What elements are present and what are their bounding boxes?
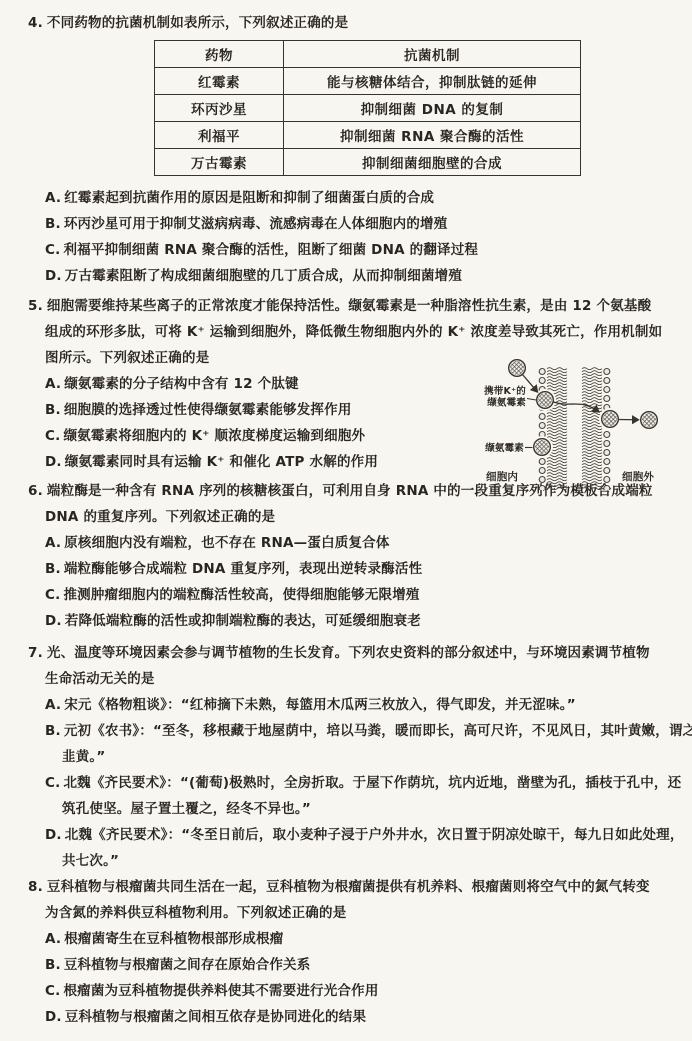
question-stem: 细胞需要维持某些离子的正常浓度才能保持活性。缬氨霉素是一种脂溶性抗生素，是由 1…	[47, 298, 651, 314]
cell-outside-label: 细胞外	[622, 470, 654, 483]
option-label: A.	[45, 376, 61, 392]
option-label: C.	[45, 775, 60, 791]
table-cell-mechanism: 能与核糖体结合，抑制肽链的延伸	[284, 68, 581, 95]
option-line: B.环丙沙星可用于抑制艾滋病病毒、流感病毒在人体细胞内的增殖	[28, 211, 678, 237]
valinomycin-with-k-label-line2: 缬氨霉素	[486, 397, 526, 409]
table-cell-drug: 环丙沙星	[155, 95, 284, 122]
option-label: D.	[45, 454, 62, 470]
option-text: 万古霉素阻断了构成细菌细胞壁的几丁质合成，从而抑制细菌增殖	[65, 268, 462, 284]
option-line: C.推测肿瘤细胞内的端粒酶活性较高，使得细胞能够无限增殖	[28, 582, 678, 608]
question-stem: 豆科植物与根瘤菌共同生活在一起，豆科植物为根瘤菌提供有机养料、根瘤菌则将空气中的…	[47, 879, 650, 895]
valinomycin-label: 缬氨霉素	[484, 442, 524, 454]
option-label: B.	[45, 561, 61, 577]
table-row: 万古霉素 抑制细菌细胞壁的合成	[155, 149, 581, 176]
question-stem-line: 生命活动无关的是	[28, 666, 678, 692]
question-stem-line: 组成的环形多肽，可将 K⁺ 运输到细胞外，降低微生物细胞内外的 K⁺ 浓度差导致…	[28, 319, 678, 345]
option-line: A.根瘤菌寄生在豆科植物根部形成根瘤	[28, 926, 678, 952]
question-stem-line: 4.不同药物的抗菌机制如表所示，下列叙述正确的是	[28, 10, 678, 36]
option-label: C.	[45, 242, 60, 258]
table-header-drug: 药物	[155, 41, 284, 68]
option-line: D.万古霉素阻断了构成细菌细胞壁的几丁质合成，从而抑制细菌增殖	[28, 263, 678, 289]
question-number: 8.	[28, 879, 43, 895]
question-stem-line: 8.豆科植物与根瘤菌共同生活在一起，豆科植物为根瘤菌提供有机养料、根瘤菌则将空气…	[28, 874, 678, 900]
table-cell-drug: 利福平	[155, 122, 284, 149]
option-text: 宋元《格物粗谈》：“红柿摘下未熟，每篮用木瓜两三枚放入，得气即发，并无涩味。”	[64, 697, 576, 713]
valinomycin-outside-cell	[641, 412, 658, 429]
table-row: 红霉素 能与核糖体结合，抑制肽链的延伸	[155, 68, 581, 95]
question-7: 7.光、温度等环境因素会参与调节植物的生长发育。下列农史资料的部分叙述中，与环境…	[28, 640, 678, 874]
option-label: D.	[45, 268, 62, 284]
cell-inside-label: 细胞内	[486, 470, 518, 483]
option-text: 缬氨霉素同时具有运输 K⁺ 和催化 ATP 水解的作用	[65, 454, 378, 470]
option-label: B.	[45, 957, 61, 973]
question-stem-line: 为含氮的养料供豆科植物利用。下列叙述正确的是	[28, 900, 678, 926]
option-text: 细胞膜的选择透过性使得缬氨霉素能够发挥作用	[64, 402, 352, 418]
question-stem: 不同药物的抗菌机制如表所示，下列叙述正确的是	[47, 15, 348, 31]
option-label: B.	[45, 723, 61, 739]
question-6: 6.端粒酶是一种含有 RNA 序列的核糖核蛋白，可利用自身 RNA 中的一段重复…	[28, 478, 678, 634]
valinomycin-free	[534, 439, 551, 456]
valinomycin-crossing-membrane	[602, 411, 619, 428]
table-header-row: 药物 抗菌机制	[155, 41, 581, 68]
table-row: 利福平 抑制细菌 RNA 聚合酶的活性	[155, 122, 581, 149]
option-text: 缬氨霉素的分子结构中含有 12 个肽键	[64, 376, 299, 392]
question-number: 5.	[28, 298, 43, 314]
valinomycin-transport-diagram: 携带K⁺的 缬氨霉素 缬氨霉素 细胞内 细胞外	[462, 352, 690, 494]
phospholipid-bilayer	[538, 367, 611, 490]
option-label: A.	[45, 931, 61, 947]
question-number: 6.	[28, 483, 43, 499]
table-cell-drug: 万古霉素	[155, 149, 284, 176]
option-line: A.红霉素起到抗菌作用的原因是阻断和抑制了细菌蛋白质的合成	[28, 185, 678, 211]
option-label: D.	[45, 1009, 62, 1025]
option-line: C.利福平抑制细菌 RNA 聚合酶的活性，阻断了细菌 DNA 的翻译过程	[28, 237, 678, 263]
option-line: D.若降低端粒酶的活性或抑制端粒酶的表达，可延缓细胞衰老	[28, 608, 678, 634]
option-line: C.根瘤菌为豆科植物提供养料使其不需要进行光合作用	[28, 978, 678, 1004]
option-label: A.	[45, 697, 61, 713]
antibacterial-mechanism-table: 药物 抗菌机制 红霉素 能与核糖体结合，抑制肽链的延伸 环丙沙星 抑制细菌 DN…	[154, 40, 581, 176]
valinomycin-with-k-label-line1: 携带K⁺的	[483, 385, 526, 397]
option-continuation-line: 共七次。”	[28, 848, 678, 874]
question-number: 7.	[28, 645, 43, 661]
option-text: 豆科植物与根瘤菌之间相互依存是协同进化的结果	[65, 1009, 366, 1025]
valinomycin-entering-membrane	[537, 392, 554, 409]
option-line: B.豆科植物与根瘤菌之间存在原始合作关系	[28, 952, 678, 978]
option-continuation-line: 筑孔使坚。屋子置土覆之，经冬不异也。”	[28, 796, 678, 822]
option-text: 环丙沙星可用于抑制艾滋病病毒、流感病毒在人体细胞内的增殖	[64, 216, 448, 232]
question-4: 4.不同药物的抗菌机制如表所示，下列叙述正确的是 药物 抗菌机制 红霉素 能与核…	[28, 10, 678, 289]
option-label: B.	[45, 216, 61, 232]
option-label: A.	[45, 190, 61, 206]
option-text: 红霉素起到抗菌作用的原因是阻断和抑制了细菌蛋白质的合成	[64, 190, 434, 206]
option-line: D.北魏《齐民要术》：“冬至日前后，取小麦种子浸于户外井水，次日置于阴凉处晾干，…	[28, 822, 678, 848]
question-stem-line: 7.光、温度等环境因素会参与调节植物的生长发育。下列农史资料的部分叙述中，与环境…	[28, 640, 678, 666]
option-line: C.北魏《齐民要术》：“(葡萄)极熟时，全房折取。于屋下作荫坑，坑内近地，凿壁为…	[28, 770, 678, 796]
table-cell-drug: 红霉素	[155, 68, 284, 95]
option-text: 元初《农书》：“至冬，移根藏于地屋荫中，培以马粪，暖而即长，高可尺许，不见风日，…	[64, 723, 692, 739]
option-line: A.原核细胞内没有端粒，也不存在 RNA—蛋白质复合体	[28, 530, 678, 556]
option-label: C.	[45, 428, 60, 444]
option-text: 北魏《齐民要术》：“冬至日前后，取小麦种子浸于户外井水，次日置于阴凉处晾干，每九…	[65, 827, 684, 843]
question-stem: 光、温度等环境因素会参与调节植物的生长发育。下列农史资料的部分叙述中，与环境因素…	[47, 645, 650, 661]
question-stem-line: DNA 的重复序列。下列叙述正确的是	[28, 504, 678, 530]
option-label: B.	[45, 402, 61, 418]
table-cell-mechanism: 抑制细菌细胞壁的合成	[284, 149, 581, 176]
exam-page: 4.不同药物的抗菌机制如表所示，下列叙述正确的是 药物 抗菌机制 红霉素 能与核…	[0, 0, 692, 1041]
table-header-mechanism: 抗菌机制	[284, 41, 581, 68]
option-label: A.	[45, 535, 61, 551]
option-text: 端粒酶能够合成端粒 DNA 重复序列，表现出逆转录酶活性	[64, 561, 422, 577]
option-line: D.豆科植物与根瘤菌之间相互依存是协同进化的结果	[28, 1004, 678, 1030]
option-text: 根瘤菌寄生在豆科植物根部形成根瘤	[64, 931, 283, 947]
question-8: 8.豆科植物与根瘤菌共同生活在一起，豆科植物为根瘤菌提供有机养料、根瘤菌则将空气…	[28, 874, 678, 1030]
option-line: B.元初《农书》：“至冬，移根藏于地屋荫中，培以马粪，暖而即长，高可尺许，不见风…	[28, 718, 678, 744]
option-text: 豆科植物与根瘤菌之间存在原始合作关系	[64, 957, 311, 973]
option-label: D.	[45, 827, 62, 843]
option-text: 若降低端粒酶的活性或抑制端粒酶的表达，可延缓细胞衰老	[65, 613, 421, 629]
table-row: 环丙沙星 抑制细菌 DNA 的复制	[155, 95, 581, 122]
option-text: 根瘤菌为豆科植物提供养料使其不需要进行光合作用	[63, 983, 378, 999]
option-label: C.	[45, 587, 60, 603]
option-text: 缬氨霉素将细胞内的 K⁺ 顺浓度梯度运输到细胞外	[63, 428, 365, 444]
option-text: 利福平抑制细菌 RNA 聚合酶的活性，阻断了细菌 DNA 的翻译过程	[63, 242, 478, 258]
option-label: D.	[45, 613, 62, 629]
option-continuation-line: 韭黄。”	[28, 744, 678, 770]
table-cell-mechanism: 抑制细菌 DNA 的复制	[284, 95, 581, 122]
option-text: 推测肿瘤细胞内的端粒酶活性较高，使得细胞能够无限增殖	[63, 587, 419, 603]
question-stem-line: 5.细胞需要维持某些离子的正常浓度才能保持活性。缬氨霉素是一种脂溶性抗生素，是由…	[28, 293, 678, 319]
question-number: 4.	[28, 15, 43, 31]
option-line: A.宋元《格物粗谈》：“红柿摘下未熟，每篮用木瓜两三枚放入，得气即发，并无涩味。…	[28, 692, 678, 718]
option-text: 北魏《齐民要术》：“(葡萄)极熟时，全房折取。于屋下作荫坑，坑内近地，凿壁为孔，…	[63, 775, 681, 791]
option-line: B.端粒酶能够合成端粒 DNA 重复序列，表现出逆转录酶活性	[28, 556, 678, 582]
table-cell-mechanism: 抑制细菌 RNA 聚合酶的活性	[284, 122, 581, 149]
valinomycin-with-k-inside-cell	[509, 360, 526, 377]
option-label: C.	[45, 983, 60, 999]
option-text: 原核细胞内没有端粒，也不存在 RNA—蛋白质复合体	[64, 535, 389, 551]
